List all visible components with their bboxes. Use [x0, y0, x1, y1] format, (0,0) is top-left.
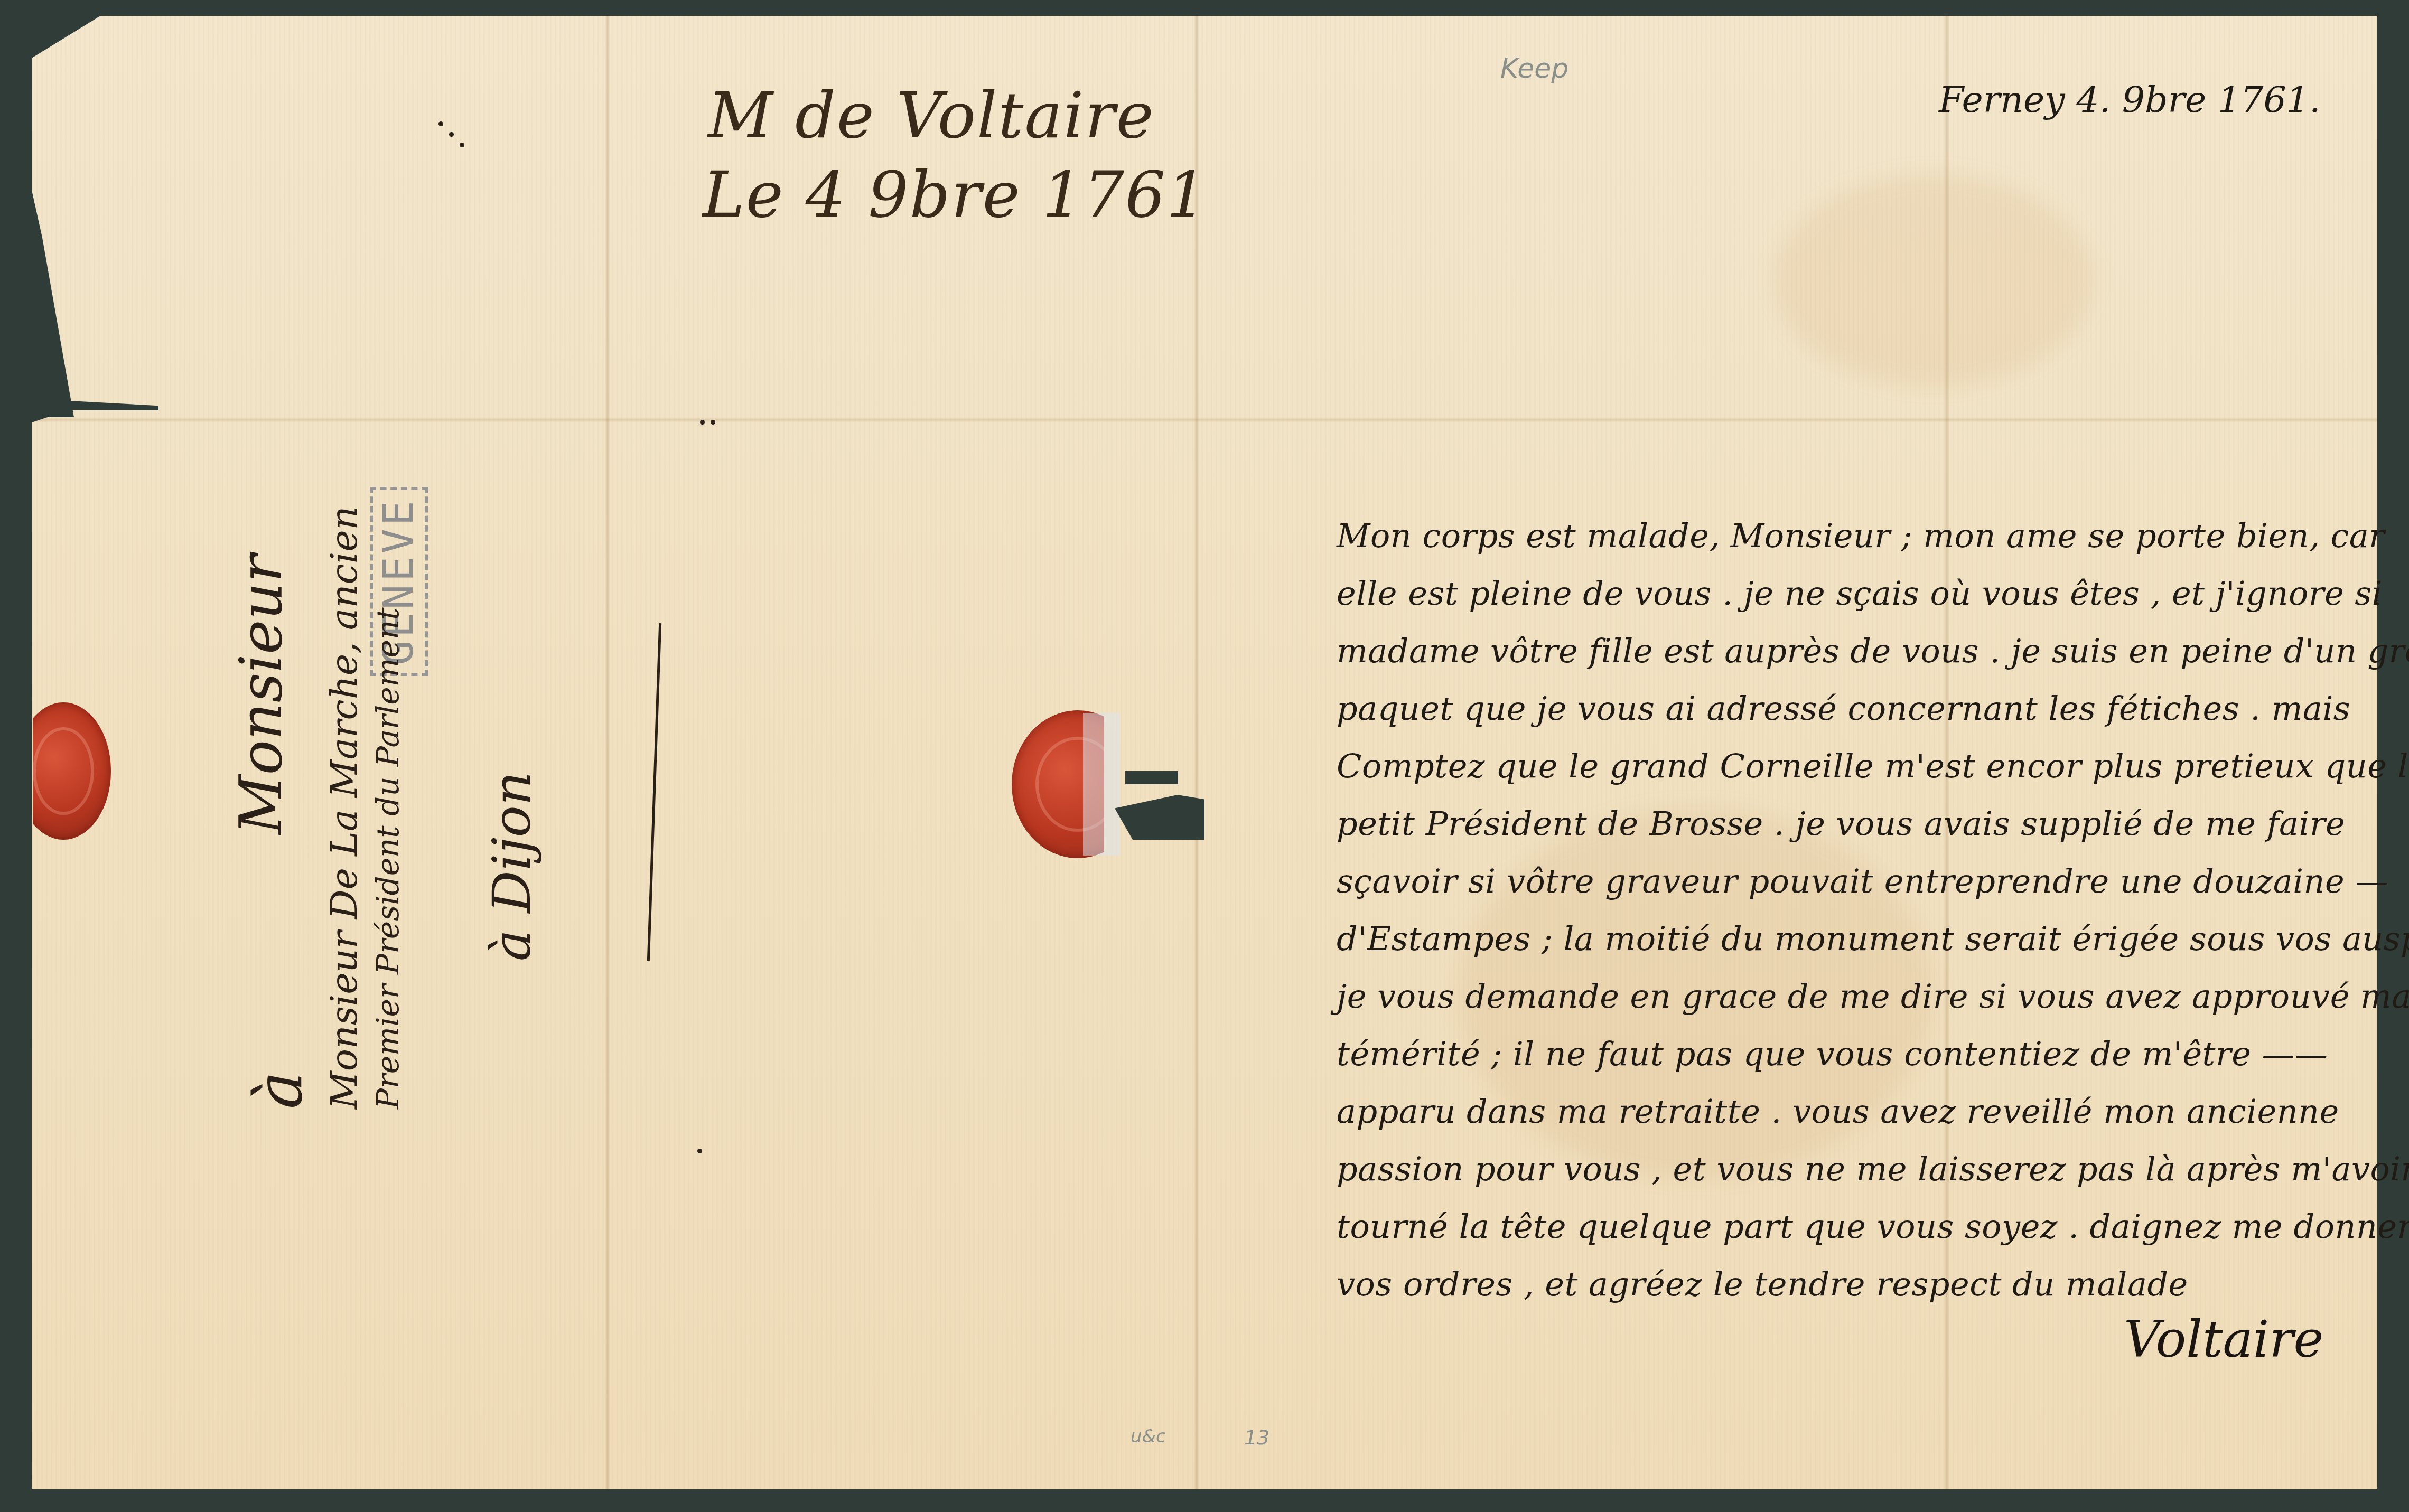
address-recipient: Monsieur De La Marche, ancien — [322, 506, 366, 1109]
ink-dot — [449, 132, 454, 137]
address-city: à Dijon — [481, 772, 543, 961]
docket-name: M de Voltaire — [708, 79, 1155, 153]
letter-dateline: Ferney 4. 9bre 1761. — [1939, 79, 2321, 121]
paper-stain — [1775, 174, 2092, 386]
signature: Voltaire — [2124, 1310, 2323, 1369]
address-title: Premier Président du Parlement — [370, 607, 406, 1109]
letter-line: témérité ; il ne faut pas que vous conte… — [1337, 1025, 2330, 1083]
letter-line: sçavoir si vôtre graveur pouvait entrepr… — [1337, 852, 2330, 910]
letter-line: apparu dans ma retraitte . vous avez rev… — [1337, 1083, 2330, 1140]
pencil-mark-bottom-left: u&c — [1131, 1426, 1166, 1447]
ink-dot — [460, 143, 464, 147]
letter-line: vos ordres , et agréez le tendre respect… — [1337, 1255, 2330, 1313]
pencil-note-keep: Keep — [1500, 53, 1568, 84]
docket-date: Le 4 9bre 1761 — [703, 158, 1208, 232]
address-a: à — [243, 1071, 316, 1109]
fold-line-horizontal — [32, 417, 2377, 422]
letter-line: je vous demande en grace de me dire si v… — [1337, 968, 2330, 1025]
pencil-mark-bottom-right: 13 — [1244, 1426, 1269, 1449]
letter-line: elle est pleine de vous . je ne sçais où… — [1337, 565, 2330, 622]
address-salutation: Monsieur — [227, 555, 295, 834]
ink-dot — [700, 420, 705, 425]
fold-line-left — [605, 16, 610, 1489]
letter-line: d'Estampes ; la moitié du monument serai… — [1337, 910, 2330, 968]
ink-dot — [711, 420, 715, 425]
ink-dot — [697, 1149, 702, 1153]
letter-line: tourné la tête quelque part que vous soy… — [1337, 1198, 2330, 1255]
letter-line: petit Président de Brosse . je vous avai… — [1337, 795, 2330, 852]
seal-tear — [1125, 771, 1178, 784]
letter-line: paquet que je vous ai adressé concernant… — [1337, 680, 2330, 737]
letter-line: Mon corps est malade, Monsieur ; mon ame… — [1337, 507, 2330, 565]
letter-body: Mon corps est malade, Monsieur ; mon ame… — [1337, 507, 2330, 1313]
torn-paper-remnant — [1083, 713, 1120, 856]
ink-dot — [438, 121, 443, 126]
letter-line: passion pour vous , et vous ne me laisse… — [1337, 1140, 2330, 1198]
letter-line: Comptez que le grand Corneille m'est enc… — [1337, 737, 2330, 795]
letter-line: madame vôtre fille est auprès de vous . … — [1337, 622, 2330, 680]
fold-line-center — [1194, 16, 1199, 1489]
